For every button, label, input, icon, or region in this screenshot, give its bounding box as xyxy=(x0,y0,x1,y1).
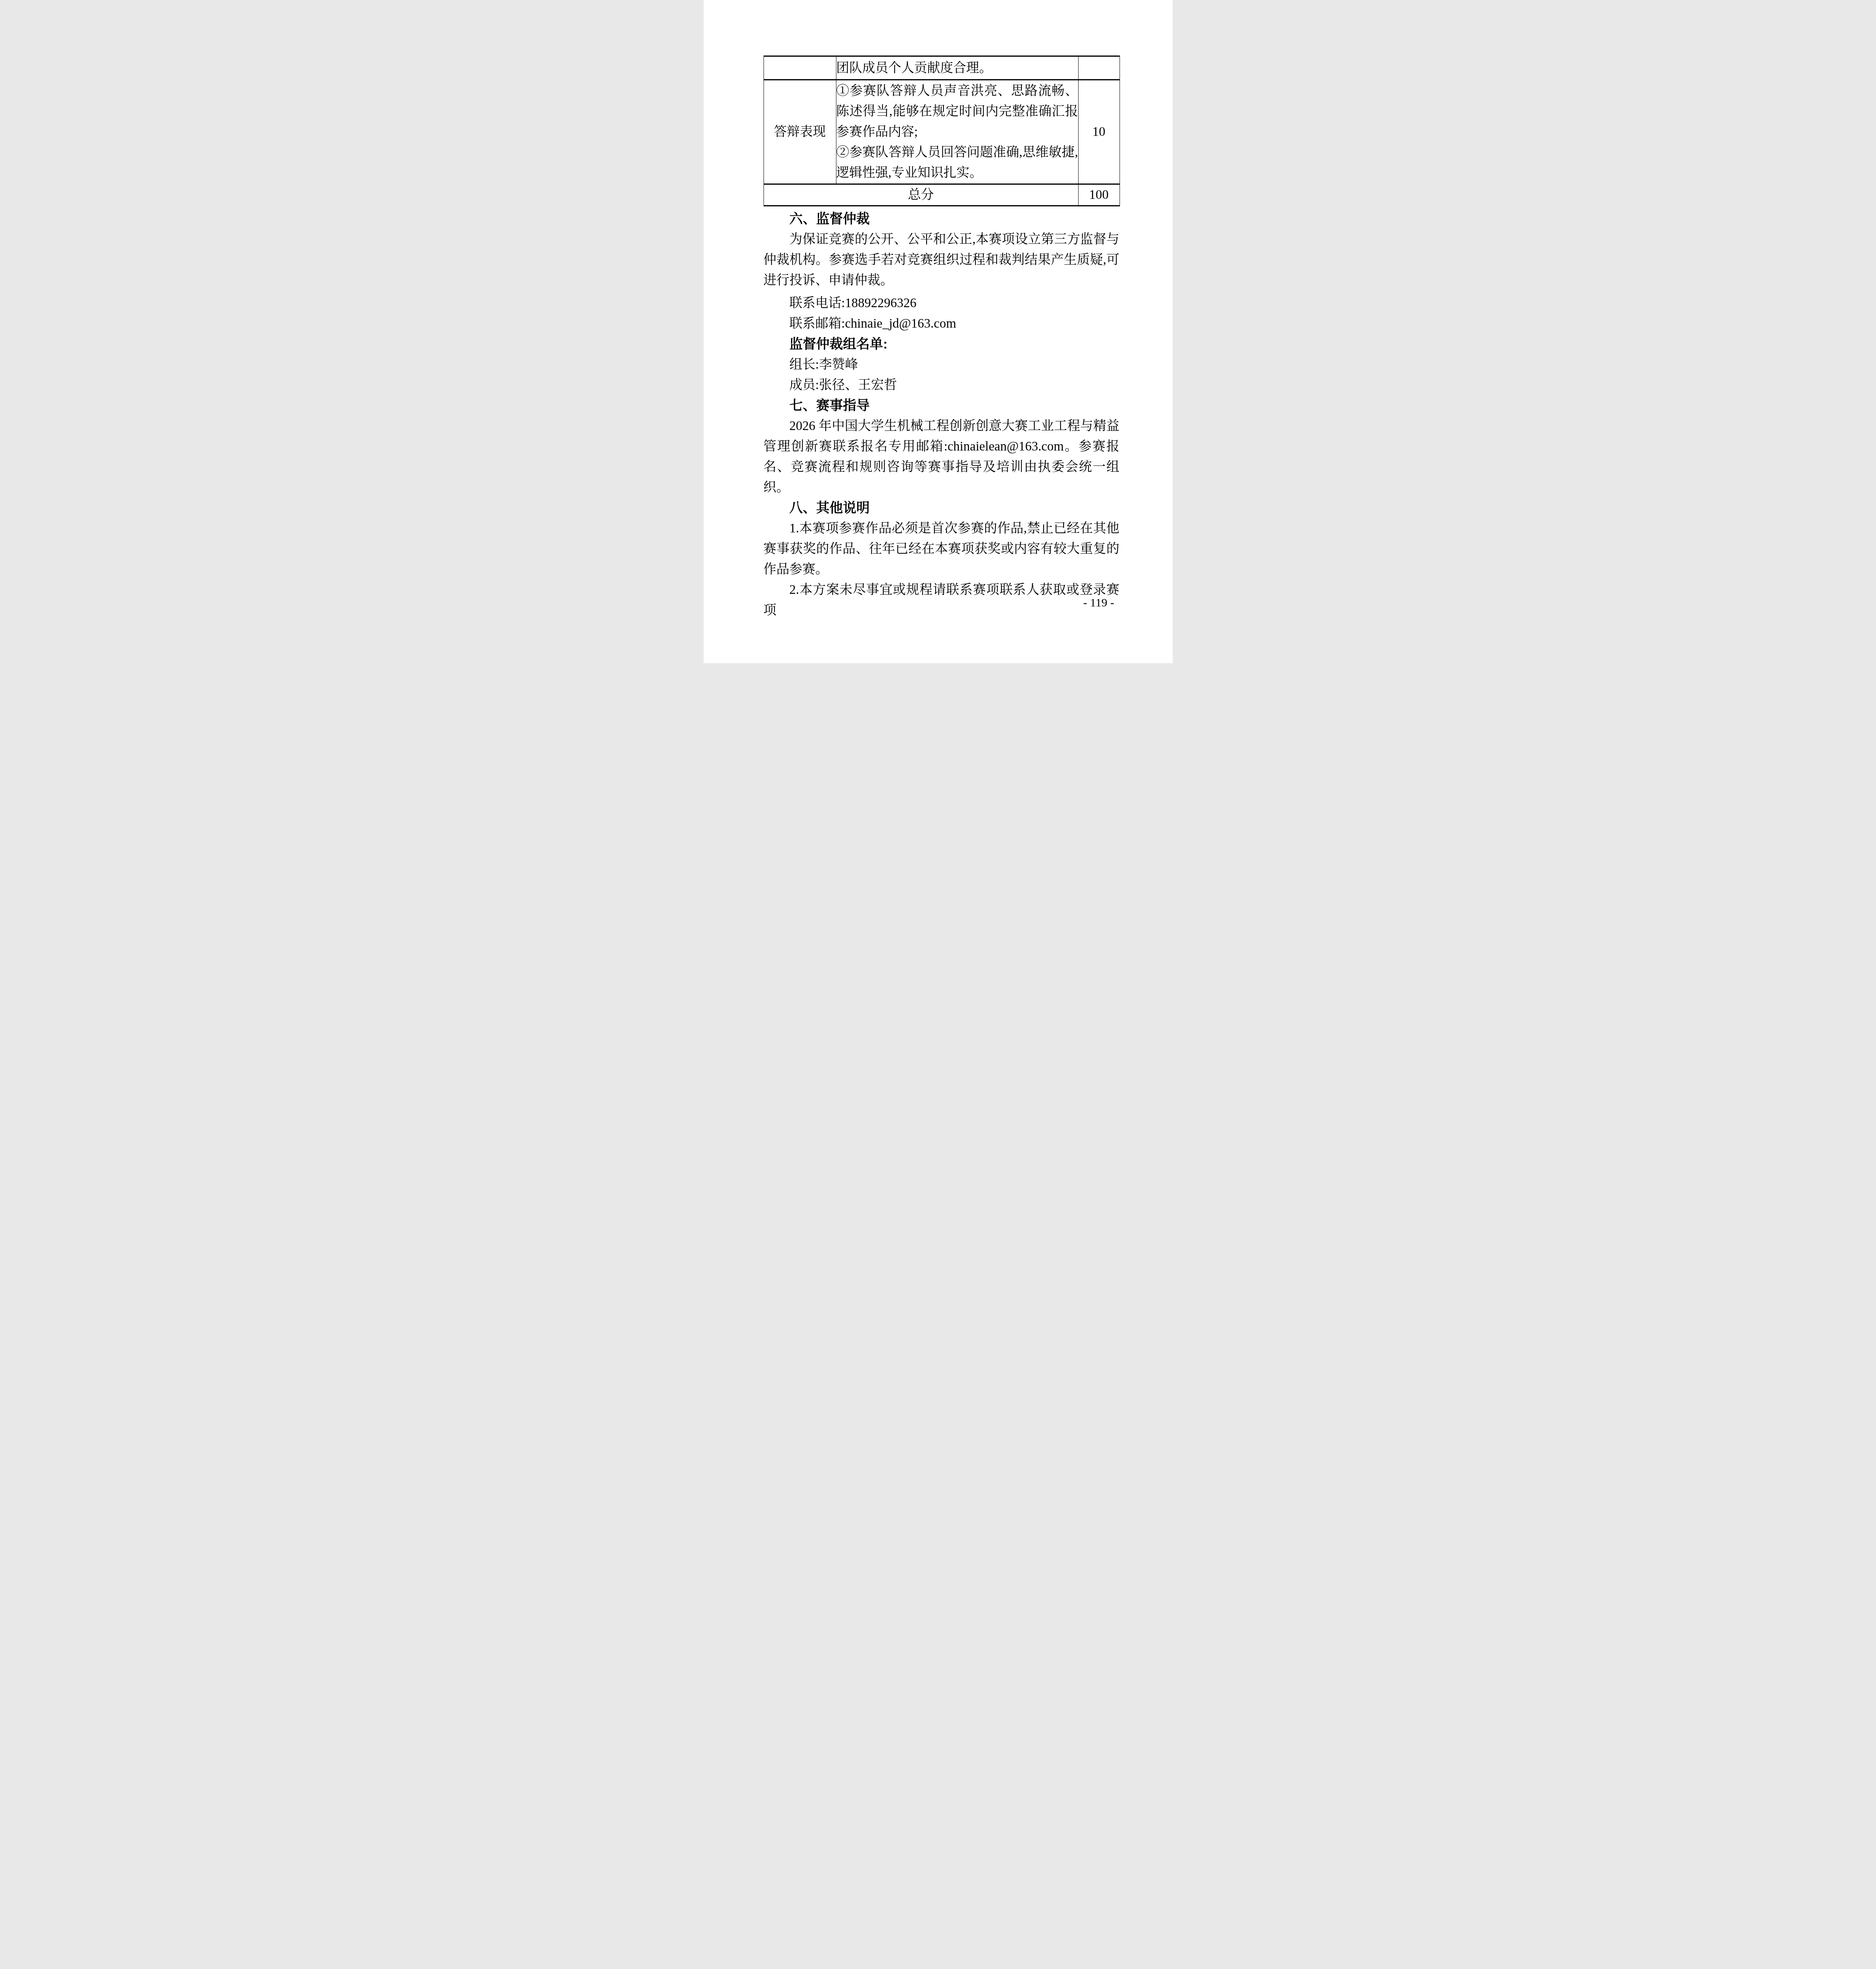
table-row-total: 总分 100 xyxy=(764,184,1120,206)
description-text: 团队成员个人贡献度合理。 xyxy=(836,58,1078,78)
arbitration-list-title: 监督仲裁组名单: xyxy=(764,334,1120,354)
paragraph-guidance: 2026 年中国大学生机械工程创新创意大赛工业工程与精益管理创新赛联系报名专用邮… xyxy=(764,416,1120,498)
contact-email-line: 联系邮箱:chinaie_jd@163.com xyxy=(764,313,1120,334)
section-heading-supervision: 六、监督仲裁 xyxy=(764,209,1120,229)
defense-item-2: ②参赛队答辩人员回答问题准确,思维敏捷,逻辑性强,专业知识扎实。 xyxy=(836,142,1078,183)
score-cell: 10 xyxy=(1078,80,1120,184)
paragraph-other-1: 1.本赛项参赛作品必须是首次参赛的作品,禁止已经在其他赛事获奖的作品、往年已经在… xyxy=(764,518,1120,580)
criterion-cell: 答辩表现 xyxy=(764,80,836,184)
scoring-table: 团队成员个人贡献度合理。 答辩表现 ①参赛队答辩人员声音洪亮、思路流畅、陈述得当… xyxy=(764,56,1120,206)
paragraph-other-2: 2.本方案未尽事宜或规程请联系赛项联系人获取或登录赛项 xyxy=(764,580,1120,621)
page-content: 团队成员个人贡献度合理。 答辩表现 ①参赛队答辩人员声音洪亮、思路流畅、陈述得当… xyxy=(764,0,1120,621)
total-label-cell: 总分 xyxy=(764,184,1078,206)
description-cell: 团队成员个人贡献度合理。 xyxy=(836,56,1078,80)
contact-phone-line: 联系电话:18892296326 xyxy=(764,293,1120,313)
defense-item-1: ①参赛队答辩人员声音洪亮、思路流畅、陈述得当,能够在规定时间内完整准确汇报参赛作… xyxy=(836,81,1078,142)
score-cell xyxy=(1078,56,1120,80)
description-cell: ①参赛队答辩人员声音洪亮、思路流畅、陈述得当,能够在规定时间内完整准确汇报参赛作… xyxy=(836,80,1078,184)
paragraph-supervision: 为保证竞赛的公开、公平和公正,本赛项设立第三方监督与仲裁机构。参赛选手若对竞赛组… xyxy=(764,229,1120,291)
total-score-cell: 100 xyxy=(1078,184,1120,206)
table-row-continuation: 团队成员个人贡献度合理。 xyxy=(764,56,1120,80)
leader-line: 组长:李赞峰 xyxy=(764,354,1120,375)
document-page: 团队成员个人贡献度合理。 答辩表现 ①参赛队答辩人员声音洪亮、思路流畅、陈述得当… xyxy=(704,0,1173,663)
members-line: 成员:张径、王宏哲 xyxy=(764,375,1120,395)
page-number: - 119 - xyxy=(1083,593,1114,613)
criterion-cell xyxy=(764,56,836,80)
table-row-defense: 答辩表现 ①参赛队答辩人员声音洪亮、思路流畅、陈述得当,能够在规定时间内完整准确… xyxy=(764,80,1120,184)
section-heading-other: 八、其他说明 xyxy=(764,498,1120,518)
section-heading-guidance: 七、赛事指导 xyxy=(764,395,1120,416)
